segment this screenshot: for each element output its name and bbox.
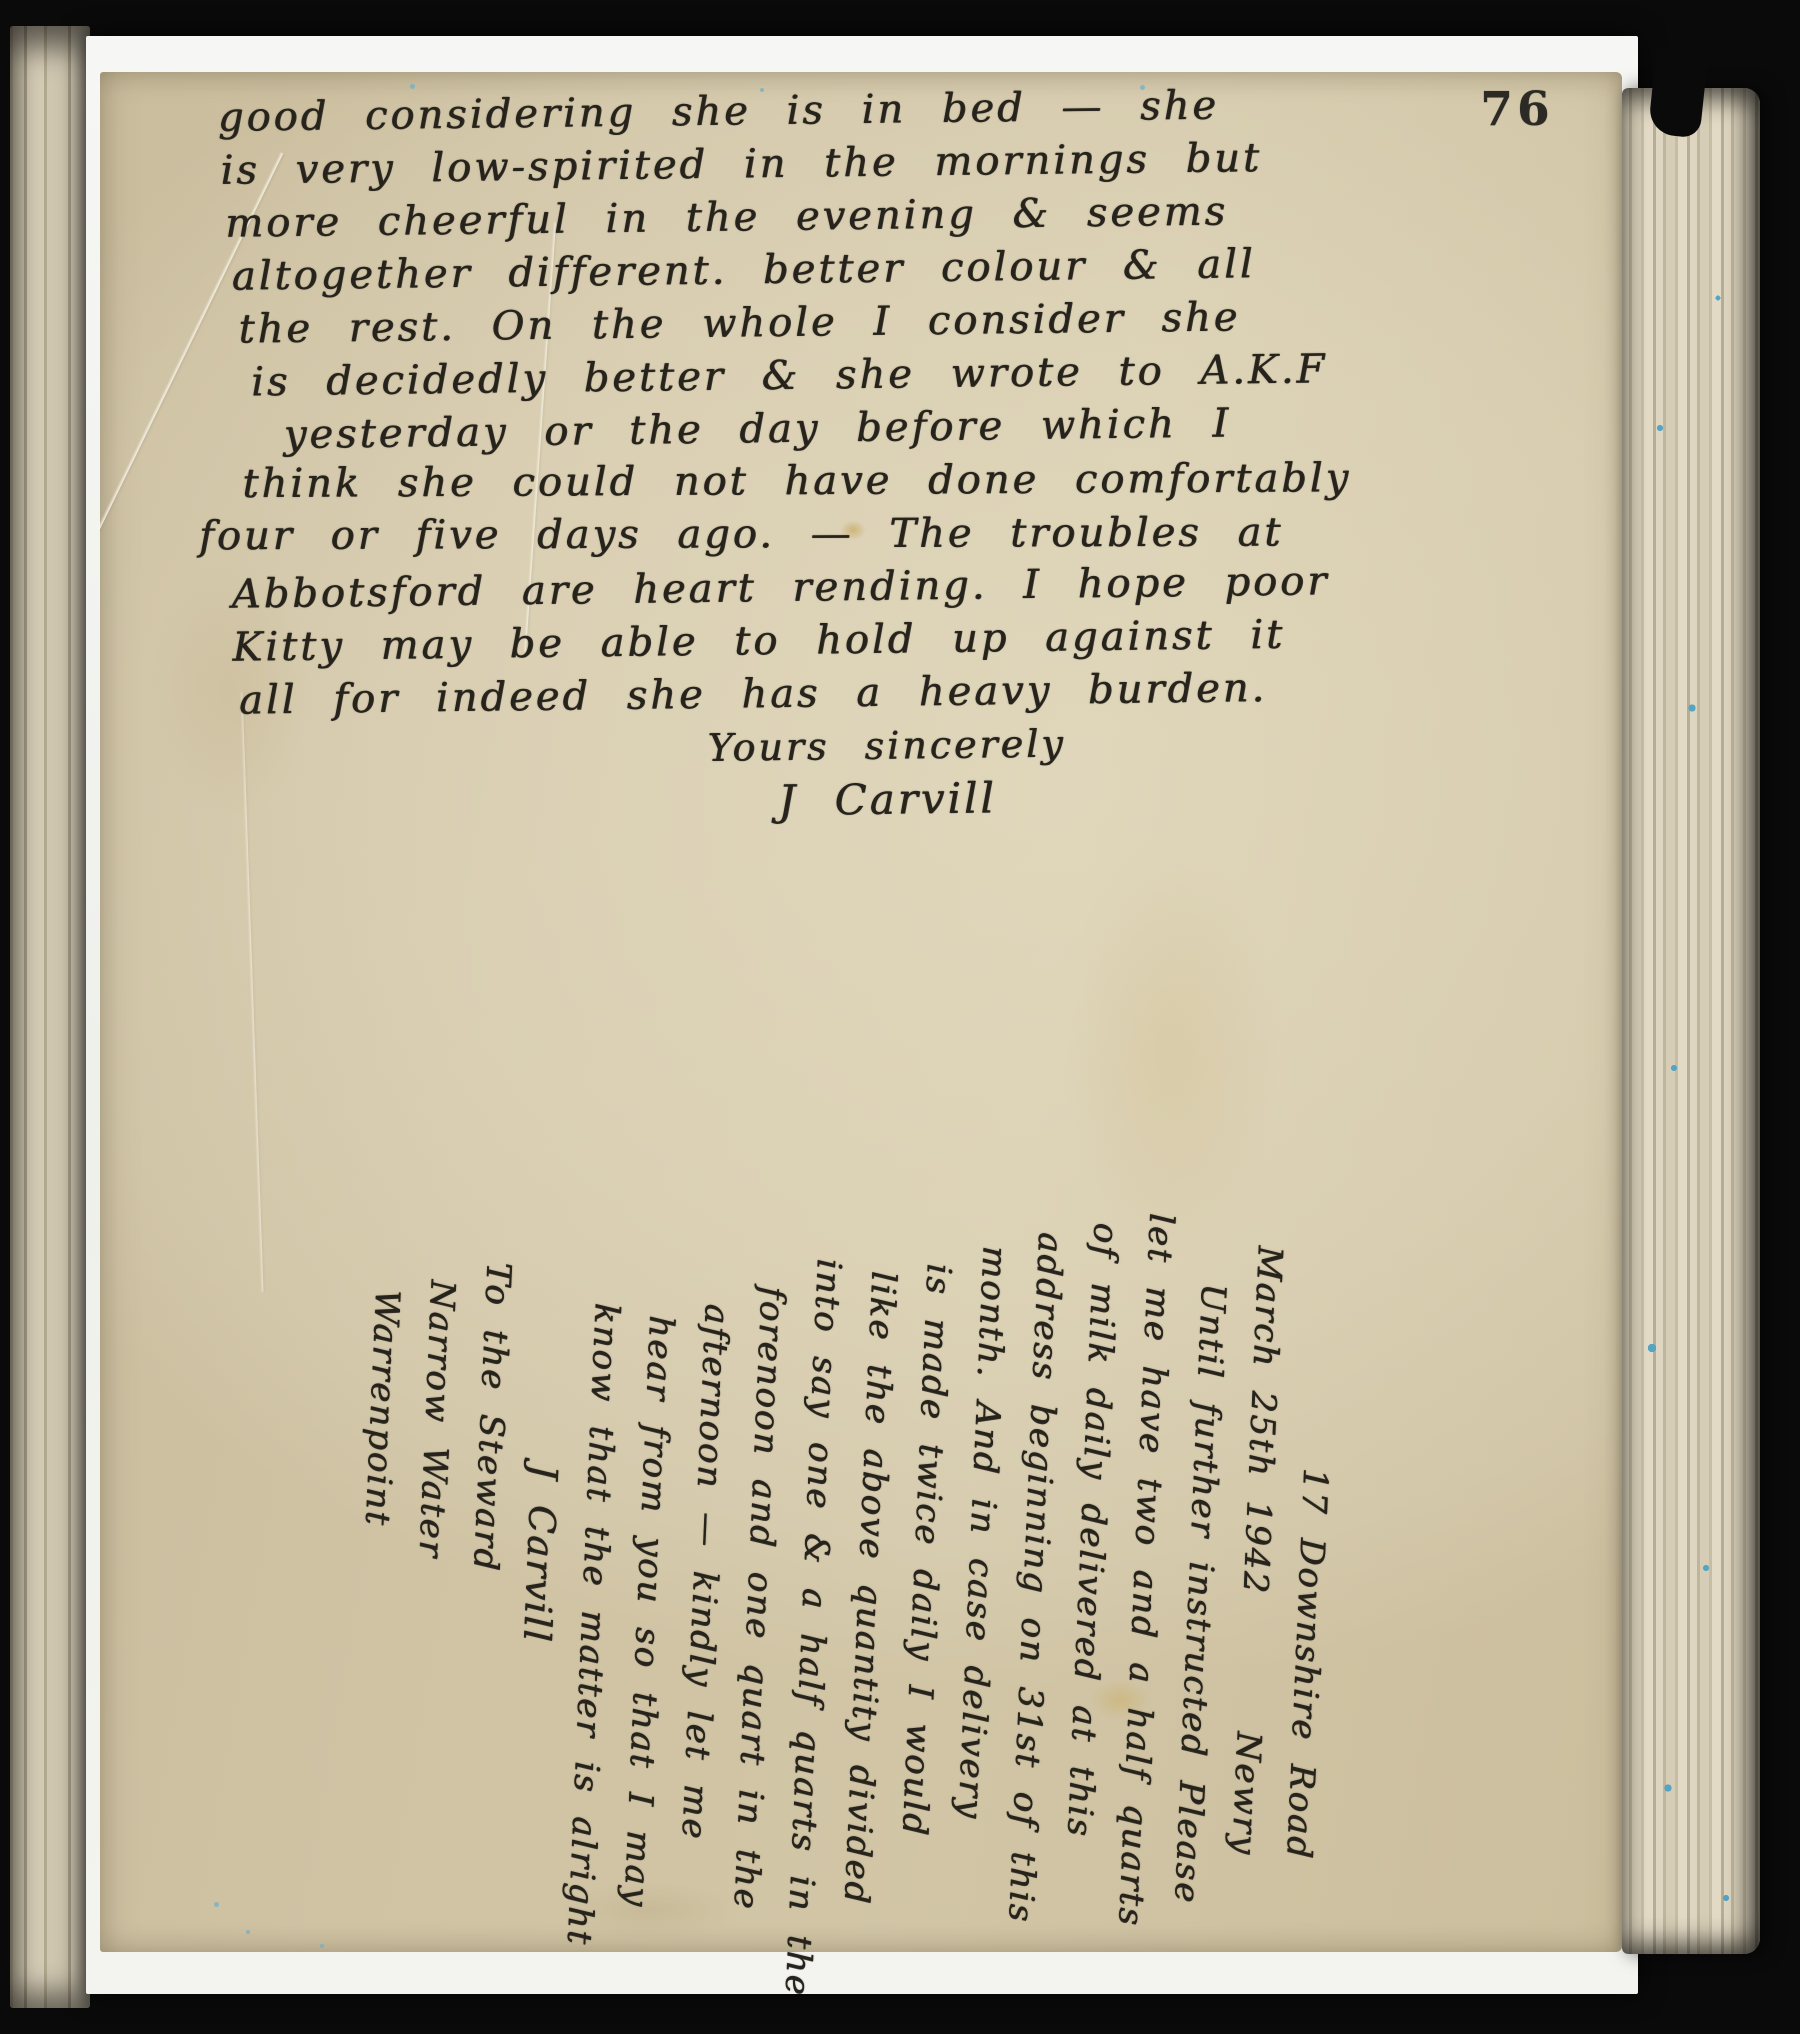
page-fore-edge (1622, 88, 1760, 1954)
handwritten-line: four or five days ago. — The troubles at (199, 506, 1529, 564)
handwritten-line: J Carvill (778, 765, 1533, 827)
fore-edge-notch (1648, 48, 1709, 139)
paper-speckle (246, 1930, 250, 1934)
paper-speckle (214, 1902, 219, 1907)
rotated-letter: 17 Downshire RoadMarch 25th 1942 NewryUn… (331, 1126, 1356, 1869)
scanned-letter-book-photo: 76 good considering she is in bed — shei… (0, 0, 1800, 2034)
paper-speckle (320, 1944, 324, 1948)
handwritten-line: think she could not have done comfortabl… (242, 451, 1528, 511)
top-letter: good considering she is in bed — sheis v… (184, 76, 1533, 834)
paper-speckle (410, 84, 415, 89)
left-page-edges (10, 26, 90, 2008)
